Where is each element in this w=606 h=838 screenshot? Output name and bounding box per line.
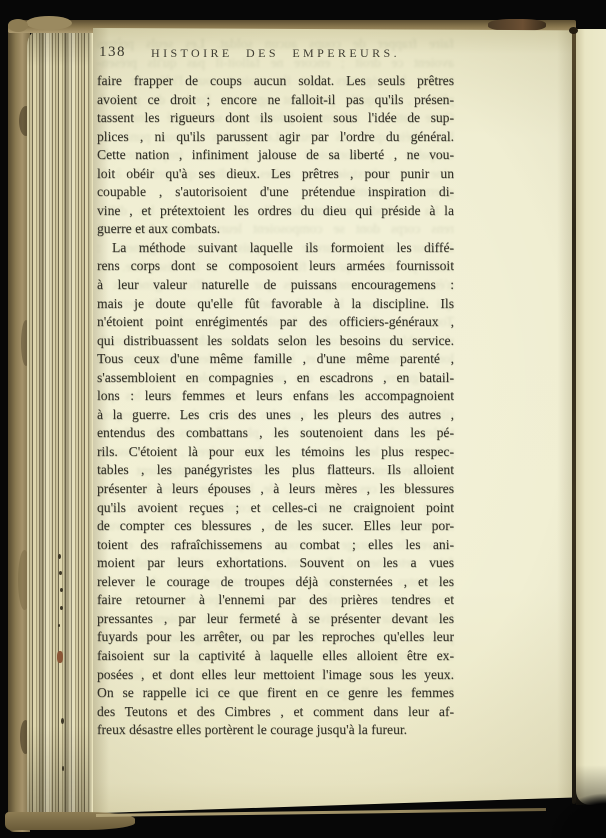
text-line: s'assembloient en compagnies , en escadr… [97, 369, 454, 388]
head-edge-lump [26, 16, 72, 30]
text-line: La méthode suivant laquelle ils formoien… [97, 239, 454, 258]
text-line: guerre et aux combats. [97, 220, 454, 239]
text-line: lons : leurs femmes et leurs enfans les … [97, 387, 454, 406]
text-line: On se rappelle ici ce que firent en ce g… [97, 684, 454, 703]
text-line: rens corps dont se composoient leurs arm… [97, 257, 454, 276]
text-line: des Teutons et des Cimbres , et comment … [97, 703, 454, 722]
ink-speck [60, 606, 63, 610]
text-line: qu'ils avoient reçues ; et celles-ci ne … [97, 499, 454, 518]
ink-speck [61, 718, 64, 724]
corner-shadow [540, 790, 606, 838]
text-line: faisoient sur la captivité à laquelle el… [97, 647, 454, 666]
running-header: HISTOIRE DES EMPEREURS. [97, 42, 454, 61]
head-edge-lump [8, 19, 28, 32]
text-line: fuyards pour les arrêter, ou par les rep… [97, 628, 454, 647]
text-line: à la guerre. Les cris des unes , les ple… [97, 406, 454, 425]
page-edge-stack [27, 26, 95, 822]
text-line: freux désastre elles portèrent le courag… [97, 721, 454, 740]
text-column: 138 HISTOIRE DES EMPEREURS. faire frappe… [97, 42, 454, 740]
text-line: tables , les panégyristes les plus flatt… [97, 461, 454, 480]
page-number: 138 [99, 44, 126, 61]
text-line: Cette nation , infiniment jalouse de sa … [97, 146, 454, 165]
text-line: présenter à leurs épouses , à leurs mère… [97, 480, 454, 499]
gutter-knot [569, 27, 578, 34]
ink-speck [60, 588, 63, 592]
gutter-shadow [572, 28, 576, 804]
text-line: n'étoient point enrégimentés par des off… [97, 313, 454, 332]
text-line: mais je doute qu'elle fût favorable à la… [97, 295, 454, 314]
rust-stain [57, 651, 63, 663]
text-line: pressantes , par leur fermeté à se prése… [97, 610, 454, 629]
text-line: moient par leurs exhortations. Souvent o… [97, 554, 454, 573]
text-line: rils. C'étoient là pour eux les témoins … [97, 443, 454, 462]
text-line: avoient ce droit ; encore ne falloit-il … [97, 91, 454, 110]
text-line: entendus des combattans , les soutenoien… [97, 424, 454, 443]
book-scan: faire frapper de coups aucun soldat. Les… [0, 0, 606, 838]
ink-speck [58, 554, 61, 559]
text-line: posées , et dont elles leur mettoient l'… [97, 666, 454, 685]
text-line: coupable , s'autorisoient d'une prétendu… [97, 183, 454, 202]
text-line: tassent les rigueurs dont ils usoient so… [97, 109, 454, 128]
text-line: relever le courage de troupes déjà const… [97, 573, 454, 592]
head-edge-stain [488, 19, 546, 31]
body-text: faire frapper de coups aucun soldat. Les… [97, 72, 454, 740]
text-line: loit obéir qu'à ses dieux. Les prêtres ,… [97, 165, 454, 184]
text-line: à leur valeur naturelle de puissans enco… [97, 276, 454, 295]
running-header-row: 138 HISTOIRE DES EMPEREURS. [97, 42, 454, 68]
text-line: Tous ceux d'une même famille , d'une mêm… [97, 350, 454, 369]
text-line: plices , ni qu'ils parussent agir par l'… [97, 128, 454, 147]
ink-speck [62, 766, 64, 771]
text-line: de compter ces blessures , de les sucer.… [97, 517, 454, 536]
text-line: faire frapper de coups aucun soldat. Les… [97, 72, 454, 91]
ink-speck [58, 624, 60, 627]
text-line: toient des rafraîchissemens au combat ; … [97, 536, 454, 555]
ink-speck [59, 571, 62, 575]
text-line: vine , et prétextoient les ordres du die… [97, 202, 454, 221]
text-line: qui distribuassent les soldats selon les… [97, 332, 454, 351]
text-line: faire retourner à l'ennemi par des prièr… [97, 591, 454, 610]
facing-page-sliver [576, 29, 606, 805]
